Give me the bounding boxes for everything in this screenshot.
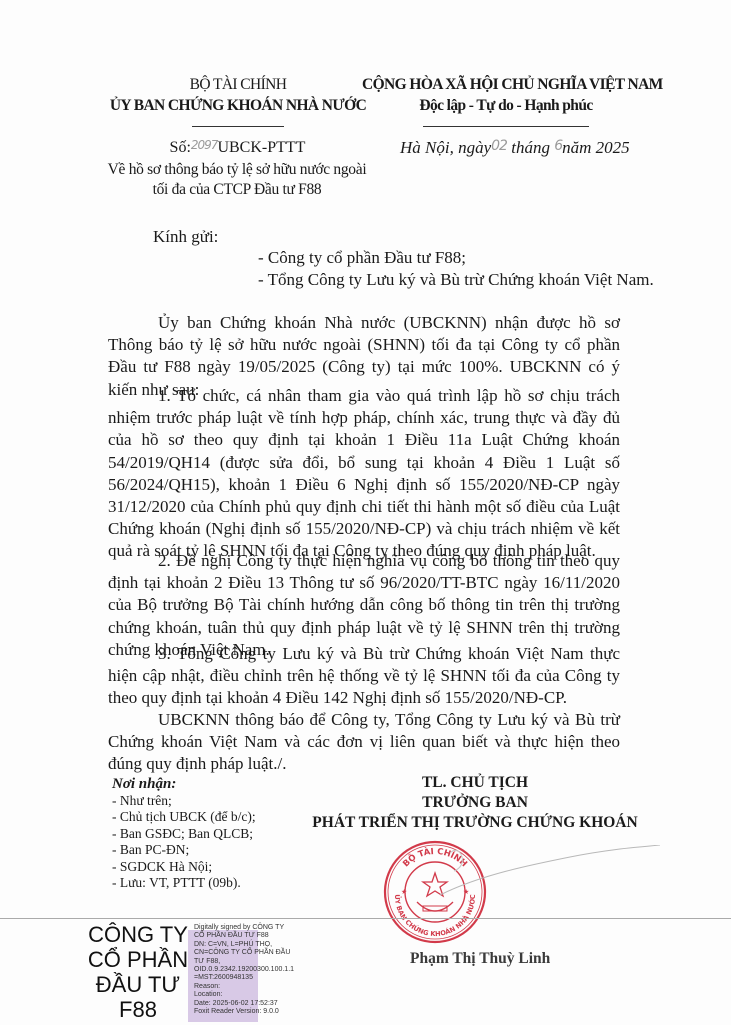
digital-signature-details: Digitally signed by CÔNG TY CỔ PHẦN ĐẦU … [194, 924, 314, 1016]
handwritten-month: 6 [554, 138, 562, 154]
signature-scribble-icon [440, 845, 660, 905]
recipient-item: - Như trên; [112, 793, 256, 810]
addressee-item: - Công ty cổ phần Đầu tư F88; [258, 247, 654, 269]
nation-name: CỘNG HÒA XÃ HỘI CHỦ NGHĨA VIỆT NAM [362, 74, 650, 95]
addressee-item: - Tổng Công ty Lưu ký và Bù trừ Chứng kh… [258, 269, 654, 291]
recipient-item: - Chủ tịch UBCK (để b/c); [112, 809, 256, 826]
handwritten-number: 2097 [191, 138, 218, 152]
motto: Độc lập - Tự do - Hạnh phúc [362, 95, 650, 116]
svg-text:★: ★ [401, 888, 407, 896]
page-divider-line [0, 918, 731, 919]
signer-name: Phạm Thị Thuỳ Linh [410, 950, 550, 968]
document-number: Số:2097UBCK-PTTT [100, 138, 375, 157]
body-closing: UBCKNN thông báo để Công ty, Tổng Công t… [108, 709, 620, 776]
handwritten-day: 02 [491, 138, 507, 154]
recipients-block: Nơi nhận: - Như trên; - Chủ tịch UBCK (đ… [112, 776, 256, 892]
issuer-header: BỘ TÀI CHÍNH ỦY BAN CHỨNG KHOÁN NHÀ NƯỚC [88, 74, 388, 127]
national-header: CỘNG HÒA XÃ HỘI CHỦ NGHĨA VIỆT NAM Độc l… [362, 74, 650, 127]
addressee-label: Kính gửi: [153, 227, 218, 247]
header-divider [192, 126, 284, 127]
recipient-item: - Ban GSĐC; Ban QLCB; [112, 826, 256, 843]
recipients-title: Nơi nhận: [112, 776, 256, 793]
addressee-list: - Công ty cổ phần Đầu tư F88; - Tổng Côn… [258, 247, 654, 291]
body-point-3: 3. Tổng Công ty Lưu ký và Bù trừ Chứng k… [108, 643, 620, 710]
document-date: Hà Nội, ngày02 tháng 6năm 2025 [400, 138, 630, 158]
motto-divider [423, 126, 589, 127]
document-subject: Về hồ sơ thông báo tỷ lệ sở hữu nước ngo… [84, 160, 390, 200]
recipient-item: - SGDCK Hà Nội; [112, 859, 256, 876]
ministry-name: BỘ TÀI CHÍNH [88, 74, 388, 95]
signature-block: TL. CHỦ TỊCH TRƯỞNG BAN PHÁT TRIỂN THỊ T… [310, 773, 640, 833]
body-point-1: 1. Tổ chức, cá nhân tham gia vào quá trì… [108, 385, 620, 563]
recipient-item: - Lưu: VT, PTTT (09b). [112, 875, 256, 892]
digital-signature-company: CÔNG TY CỔ PHẦN ĐẦU TƯ F88 [78, 922, 198, 1022]
recipient-item: - Ban PC-ĐN; [112, 842, 256, 859]
agency-name: ỦY BAN CHỨNG KHOÁN NHÀ NƯỚC [88, 95, 388, 116]
